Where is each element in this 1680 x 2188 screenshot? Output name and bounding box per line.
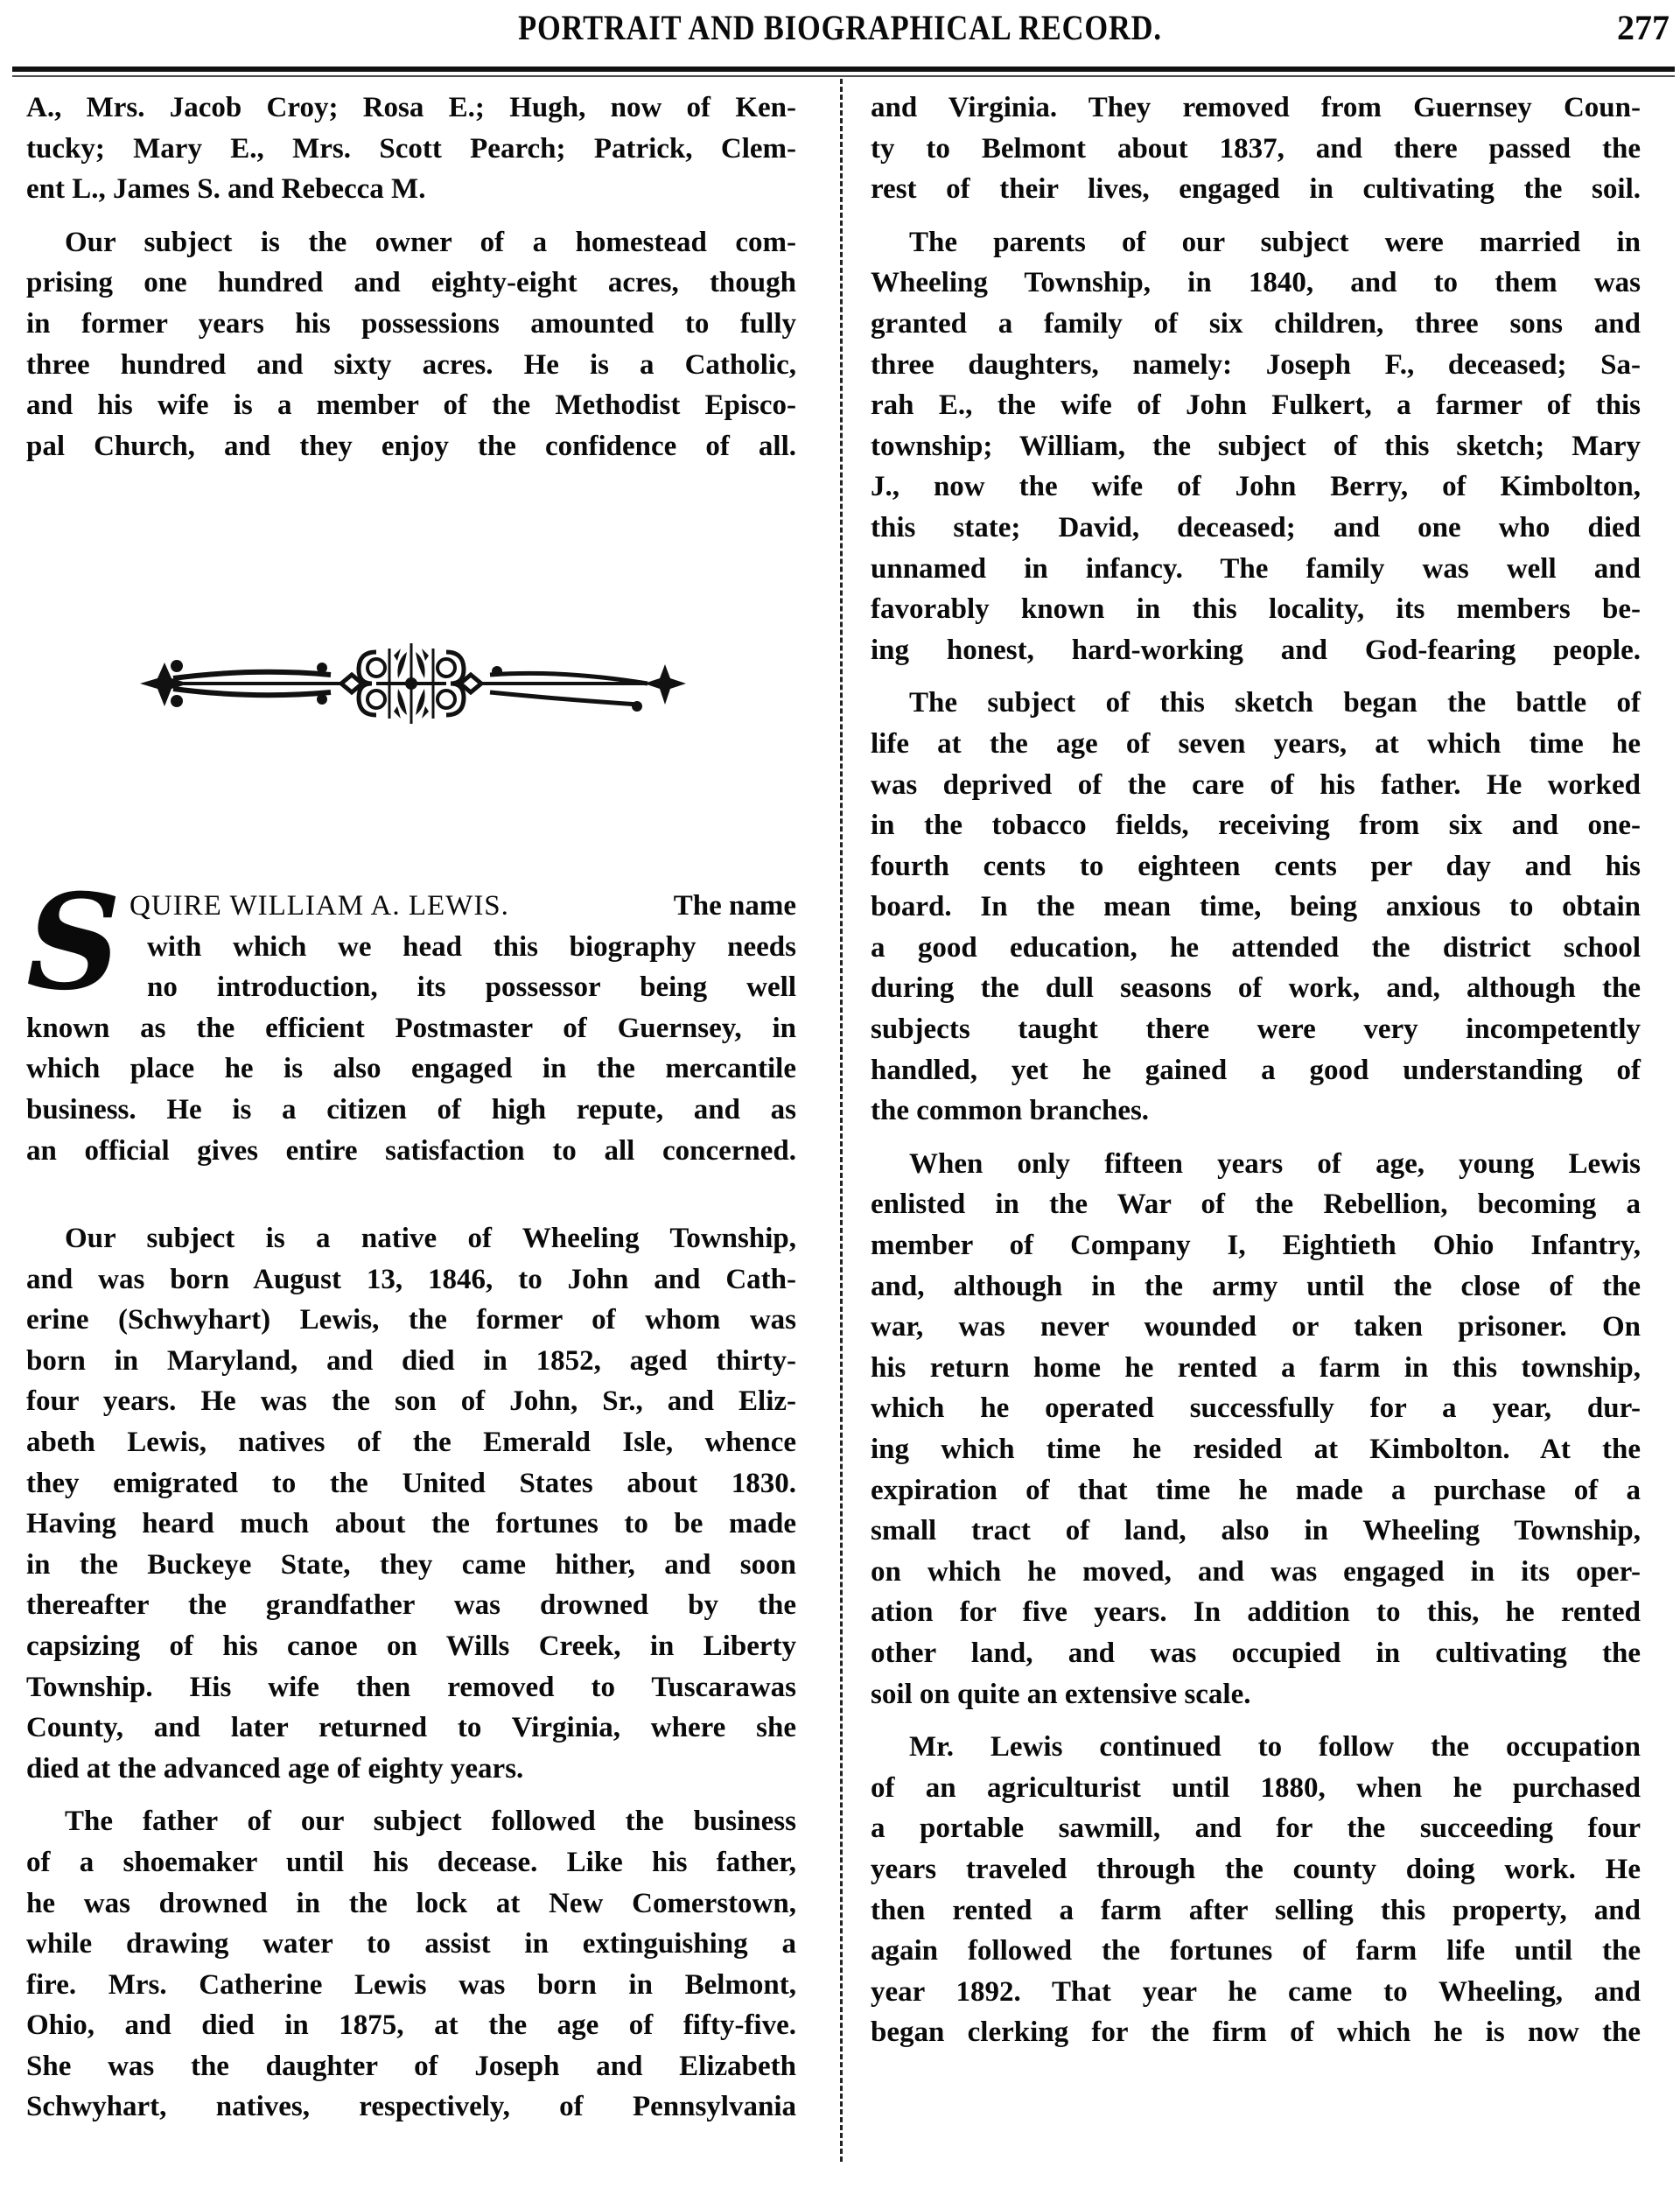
- text-line: Having heard much about the fortunes to …: [26, 1504, 796, 1545]
- column-divider: [840, 79, 843, 2162]
- text-line: an official gives entire satisfaction to…: [26, 1131, 796, 1172]
- text-line: in former years his possessions amounted…: [26, 304, 796, 345]
- text-line: tucky; Mary E., Mrs. Scott Pearch; Patri…: [26, 129, 796, 170]
- text-line: granted a family of six children, three …: [871, 304, 1641, 345]
- text-line: ing which time he resided at Kimbolton. …: [871, 1429, 1641, 1470]
- text-line: life at the age of seven years, at which…: [871, 724, 1641, 765]
- text-line: board. In the mean time, being anxious t…: [871, 887, 1641, 928]
- running-title: PORTRAIT AND BIOGRAPHICAL RECORD.: [117, 7, 1562, 48]
- biography-heading: S QUIRE WILLIAM A. LEWIS. The name with …: [26, 886, 796, 1171]
- text-line: Ohio, and died in 1875, at the age of fi…: [26, 2005, 796, 2046]
- text-line: A., Mrs. Jacob Croy; Rosa E.; Hugh, now …: [26, 88, 796, 129]
- text-line: he was drowned in the lock at New Comers…: [26, 1883, 796, 1925]
- text-line: his return home he rented a farm in this…: [871, 1348, 1641, 1389]
- text-line: fourth cents to eighteen cents per day a…: [871, 846, 1641, 887]
- text-line: in the Buckeye State, they came hither, …: [26, 1545, 796, 1586]
- right-column: and Virginia. They removed from Guernsey…: [871, 88, 1641, 2053]
- page-header: PORTRAIT AND BIOGRAPHICAL RECORD. 277: [0, 0, 1680, 61]
- text-line: war, was never wounded or taken prisoner…: [871, 1307, 1641, 1348]
- text-line: thereafter the grandfather was drowned b…: [26, 1585, 796, 1626]
- text-line: The subject of this sketch began the bat…: [871, 683, 1641, 724]
- text-line: pal Church, and they enjoy the confidenc…: [26, 426, 796, 467]
- text-line: She was the daughter of Joseph and Eliza…: [26, 2046, 796, 2087]
- text-line: they emigrated to the United States abou…: [26, 1463, 796, 1504]
- text-line: known as the efficient Postmaster of Gue…: [26, 1008, 796, 1049]
- text-line: which he operated successfully for a yea…: [871, 1388, 1641, 1429]
- text-line: no introduction, its possessor being wel…: [26, 967, 796, 1008]
- text-line: member of Company I, Eightieth Ohio Infa…: [871, 1225, 1641, 1266]
- text-line: three hundred and sixty acres. He is a C…: [26, 345, 796, 386]
- text-line: County, and later returned to Virginia, …: [26, 1708, 796, 1749]
- text-line: other land, and was occupied in cultivat…: [871, 1633, 1641, 1674]
- text-line: rest of their lives, engaged in cultivat…: [871, 169, 1641, 210]
- text-line: business. He is a citizen of high repute…: [26, 1090, 796, 1131]
- text-line: with which we head this biography needs: [26, 927, 796, 968]
- text-line: four years. He was the son of John, Sr.,…: [26, 1381, 796, 1422]
- text-line: and Virginia. They removed from Guernsey…: [871, 88, 1641, 129]
- text-line: and was born August 13, 1846, to John an…: [26, 1259, 796, 1301]
- text-line: capsizing of his canoe on Wills Creek, i…: [26, 1626, 796, 1667]
- text-line: during the dull seasons of work, and, al…: [871, 968, 1641, 1009]
- page-number: 277: [1617, 7, 1669, 48]
- paragraph: The father of our subject followed the b…: [26, 1801, 796, 2128]
- text-line: erine (Schwyhart) Lewis, the former of w…: [26, 1300, 796, 1341]
- text-line: of a shoemaker until his decease. Like h…: [26, 1842, 796, 1883]
- paragraph: The parents of our subject were married …: [871, 222, 1641, 671]
- text-line: handled, yet he gained a good understand…: [871, 1050, 1641, 1091]
- text-line: Wheeling Township, in 1840, and to them …: [871, 263, 1641, 304]
- text-line: enlisted in the War of the Rebellion, be…: [871, 1184, 1641, 1225]
- text-line: prising one hundred and eighty-eight acr…: [26, 263, 796, 304]
- text-line: Our subject is a native of Wheeling Town…: [26, 1218, 796, 1259]
- text-line: which place he is also engaged in the me…: [26, 1048, 796, 1090]
- paragraph: The subject of this sketch began the bat…: [871, 683, 1641, 1132]
- subject-name: QUIRE WILLIAM A. LEWIS.: [129, 886, 509, 927]
- text-line: the common branches.: [871, 1090, 1641, 1132]
- paragraph: When only fifteen years of age, young Le…: [871, 1144, 1641, 1715]
- text-line: abeth Lewis, natives of the Emerald Isle…: [26, 1422, 796, 1463]
- text-line: was deprived of the care of his father. …: [871, 765, 1641, 806]
- floral-scroll-ornament-icon: [122, 626, 700, 731]
- text-line: The parents of our subject were married …: [871, 222, 1641, 263]
- text-line: J., now the wife of John Berry, of Kimbo…: [871, 466, 1641, 508]
- paragraph: Our subject is a native of Wheeling Town…: [26, 1218, 796, 1789]
- text-line: and his wife is a member of the Methodis…: [26, 385, 796, 426]
- text-line: subjects taught there were very incompet…: [871, 1009, 1641, 1050]
- text-line: ent L., James S. and Rebecca M.: [26, 169, 796, 210]
- text-line: township; William, the subject of this s…: [871, 426, 1641, 467]
- text-line: of an agriculturist until 1880, when he …: [871, 1768, 1641, 1809]
- text-line: Our subject is the owner of a homestead …: [26, 222, 796, 263]
- text-line: this state; David, deceased; and one who…: [871, 508, 1641, 549]
- text-line: unnamed in infancy. The family was well …: [871, 549, 1641, 590]
- text-line: The father of our subject followed the b…: [26, 1801, 796, 1842]
- paragraph: A., Mrs. Jacob Croy; Rosa E.; Hugh, now …: [26, 88, 796, 210]
- left-column-top: A., Mrs. Jacob Croy; Rosa E.; Hugh, now …: [26, 88, 796, 466]
- text-line: Schwyhart, natives, respectively, of Pen…: [26, 2086, 796, 2128]
- text-fragment: The name: [674, 886, 796, 927]
- paragraph: Our subject is the owner of a homestead …: [26, 222, 796, 467]
- drop-cap: S: [26, 886, 131, 999]
- text-line: fire. Mrs. Catherine Lewis was born in B…: [26, 1965, 796, 2006]
- text-line: and, although in the army until the clos…: [871, 1266, 1641, 1308]
- left-column-bottom: Our subject is a native of Wheeling Town…: [26, 1218, 796, 2128]
- text-line: Township. His wife then removed to Tusca…: [26, 1667, 796, 1708]
- text-line: died at the advanced age of eighty years…: [26, 1749, 796, 1790]
- text-line: born in Maryland, and died in 1852, aged…: [26, 1341, 796, 1382]
- paragraph: and Virginia. They removed from Guernsey…: [871, 88, 1641, 210]
- text-line: ation for five years. In addition to thi…: [871, 1592, 1641, 1633]
- text-line: year 1892. That year he came to Wheeling…: [871, 1972, 1641, 2013]
- text-line: in the tobacco fields, receiving from si…: [871, 805, 1641, 846]
- text-line: a good education, he attended the distri…: [871, 928, 1641, 969]
- header-rule-thin: [12, 75, 1675, 77]
- text-line: ty to Belmont about 1837, and there pass…: [871, 129, 1641, 170]
- text-line: on which he moved, and was engaged in it…: [871, 1552, 1641, 1593]
- text-line: a portable sawmill, and for the succeedi…: [871, 1808, 1641, 1849]
- text-line: ing honest, hard-working and God-fearing…: [871, 630, 1641, 671]
- text-line: began clerking for the firm of which he …: [871, 2012, 1641, 2053]
- text-line: rah E., the wife of John Fulkert, a farm…: [871, 385, 1641, 426]
- paragraph: Mr. Lewis continued to follow the occupa…: [871, 1727, 1641, 2053]
- header-rule: [12, 67, 1675, 72]
- text-line: expiration of that time he made a purcha…: [871, 1470, 1641, 1511]
- text-line: Mr. Lewis continued to follow the occupa…: [871, 1727, 1641, 1768]
- text-line: while drawing water to assist in extingu…: [26, 1924, 796, 1965]
- text-line: again followed the fortunes of farm life…: [871, 1931, 1641, 1972]
- text-line: small tract of land, also in Wheeling To…: [871, 1511, 1641, 1552]
- text-line: then rented a farm after selling this pr…: [871, 1890, 1641, 1932]
- text-line: soil on quite an extensive scale.: [871, 1674, 1641, 1715]
- text-line: When only fifteen years of age, young Le…: [871, 1144, 1641, 1185]
- heading-line: QUIRE WILLIAM A. LEWIS. The name: [26, 886, 796, 927]
- text-line: favorably known in this locality, its me…: [871, 589, 1641, 630]
- text-line: three daughters, namely: Joseph F., dece…: [871, 345, 1641, 386]
- text-line: years traveled through the county doing …: [871, 1849, 1641, 1890]
